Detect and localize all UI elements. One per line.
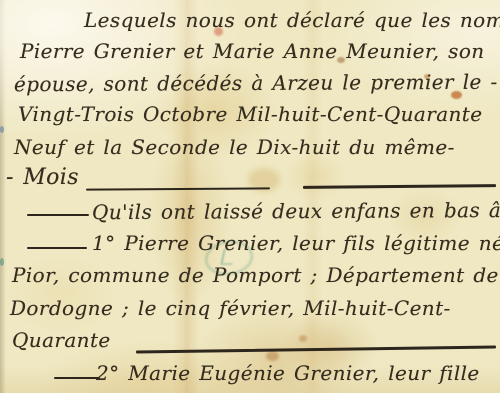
ink-rule-after-quarante xyxy=(136,345,496,353)
manuscript-line-1: Lesquels nous ont déclaré que les nommés… xyxy=(84,8,500,32)
manuscript-line-8: 1° Pierre Grenier, leur fils légitime né… xyxy=(92,231,500,255)
manuscript-line-3: épouse, sont décédés à Arzeu le premier … xyxy=(14,70,498,97)
manuscript-line-9: Pior, commune de Pomport ; Département d… xyxy=(12,263,500,287)
teal-speck xyxy=(0,258,4,266)
manuscript-line-4: Vingt-Trois Octobre Mil-huit-Cent-Quaran… xyxy=(18,102,482,126)
manuscript-line-7: Qu'ils ont laissé deux enfans en bas âge… xyxy=(92,198,500,224)
manuscript-line-6: - Mois xyxy=(6,165,79,190)
ink-rule-after-mois-1 xyxy=(86,187,270,190)
manuscript-line-10: Dordogne ; le cinq février, Mil-huit-Cen… xyxy=(10,296,451,320)
manuscript-line-2: Pierre Grenier et Marie Anne Meunier, so… xyxy=(20,39,485,63)
manuscript-line-12: 2° Marie Eugénie Grenier, leur fille xyxy=(96,361,480,385)
blue-speck xyxy=(0,126,4,133)
manuscript-page: Lesquels nous ont déclaré que les nommés… xyxy=(0,0,500,393)
manuscript-line-11: Quarante xyxy=(12,328,111,352)
brown-stain-spot xyxy=(299,335,307,342)
ink-dash-before-item-1 xyxy=(27,247,87,249)
ink-rule-after-mois-2 xyxy=(303,184,496,188)
brown-stain-spot xyxy=(266,351,279,361)
ink-dash-before-quils xyxy=(27,214,89,216)
ink-dash-before-item-2 xyxy=(54,377,100,379)
manuscript-line-5: Neuf et la Seconde le Dix-huit du même- xyxy=(14,135,455,159)
